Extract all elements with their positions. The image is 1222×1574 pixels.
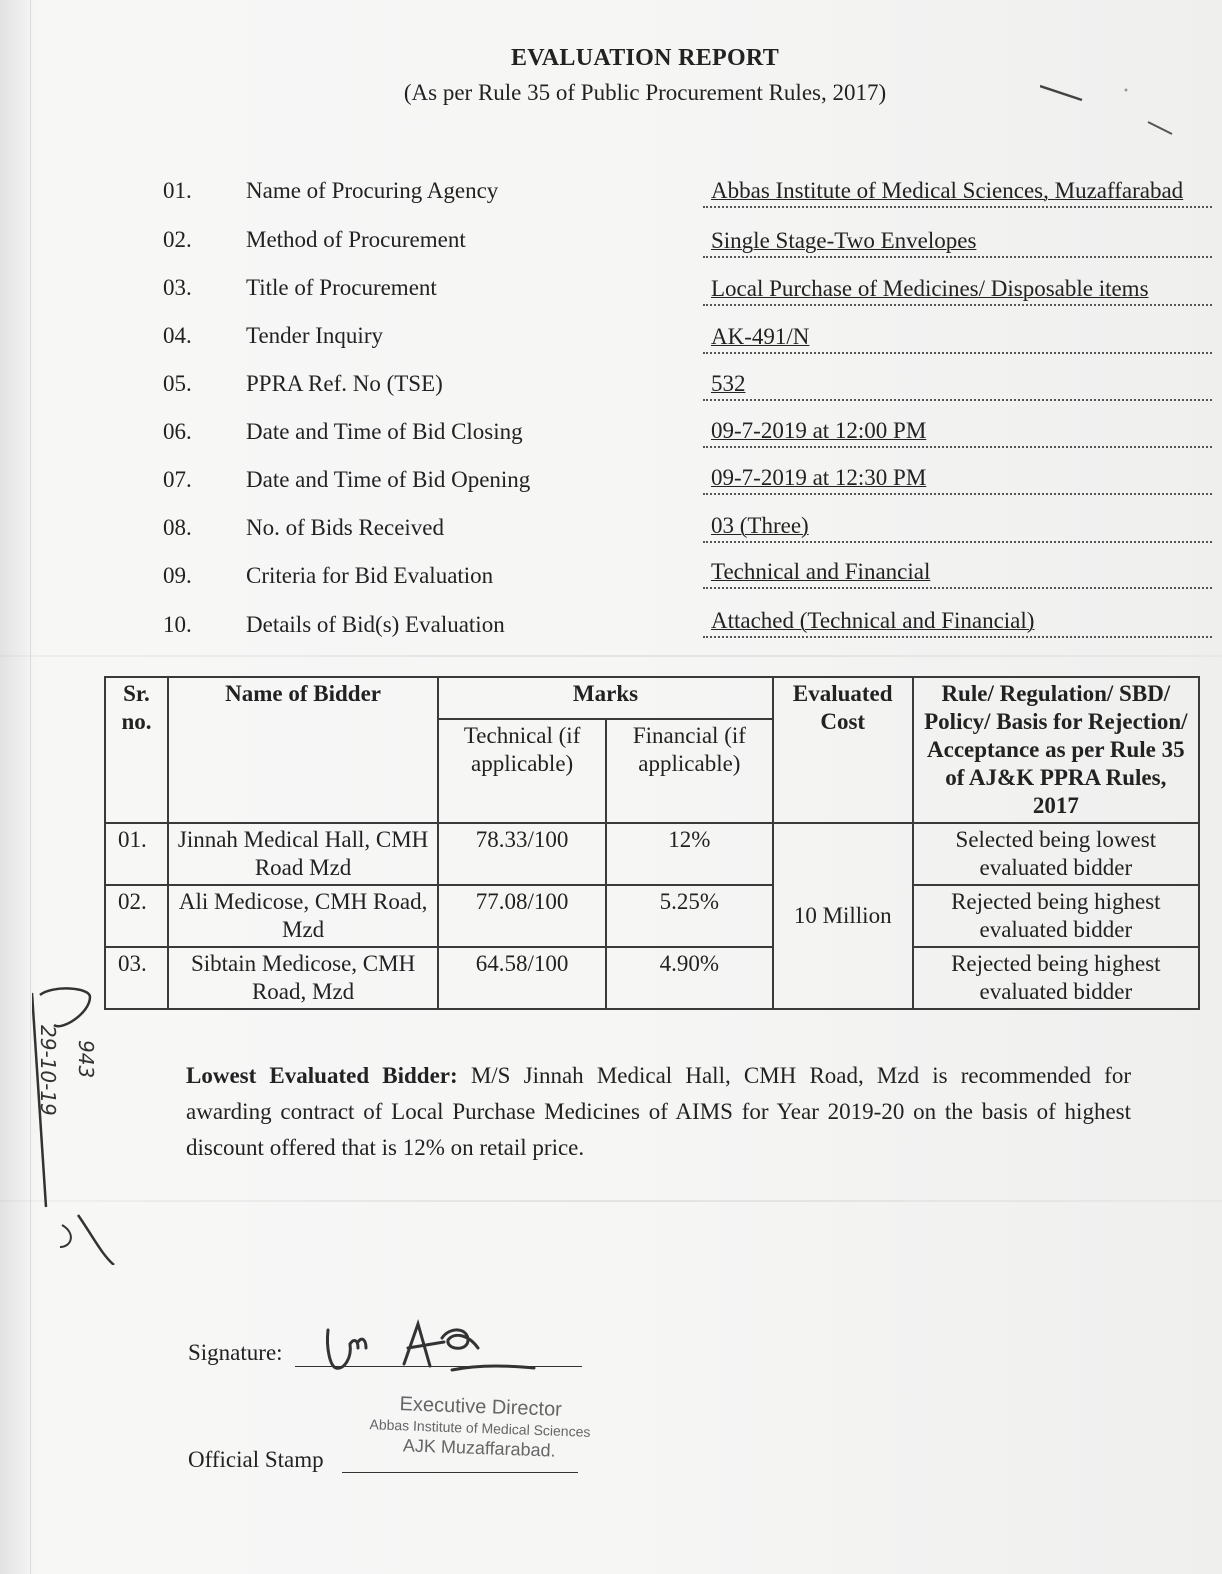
info-row-bid-closing: 06. Date and Time of Bid Closing 09-7-20…	[0, 419, 1222, 459]
stamp-label: Official Stamp	[188, 1447, 324, 1473]
margin-note-number: 943	[74, 1040, 98, 1078]
cell-sr: 02.	[105, 885, 168, 947]
info-number: 02.	[163, 227, 192, 253]
document: EVALUATION REPORT (As per Rule 35 of Pub…	[0, 0, 1222, 1574]
info-row-details: 10. Details of Bid(s) Evaluation Attache…	[0, 612, 1222, 652]
info-number: 09.	[163, 563, 192, 589]
header-evaluated-cost: Evaluated Cost	[773, 677, 913, 823]
table-row: 01. Jinnah Medical Hall, CMH Road Mzd 78…	[105, 823, 1199, 885]
cell-basis: Rejected being highest evaluated bidder	[913, 885, 1199, 947]
table-row: 03. Sibtain Medicose, CMH Road, Mzd 64.5…	[105, 947, 1199, 1009]
info-label: Criteria for Bid Evaluation	[246, 563, 493, 589]
info-label: Name of Procuring Agency	[246, 178, 498, 204]
official-stamp: Executive Director Abbas Institute of Me…	[354, 1392, 606, 1464]
cell-basis: Rejected being highest evaluated bidder	[913, 947, 1199, 1009]
bid-evaluation-table: Sr. no. Name of Bidder Marks Evaluated C…	[104, 676, 1200, 1010]
header-basis: Rule/ Regulation/ SBD/ Policy/ Basis for…	[913, 677, 1199, 823]
info-row-bid-opening: 07. Date and Time of Bid Opening 09-7-20…	[0, 467, 1222, 507]
info-value: 03 (Three)	[703, 511, 1212, 543]
recommendation-label: Lowest Evaluated Bidder:	[186, 1063, 458, 1088]
margin-note-date: 29-10-19	[36, 1025, 60, 1116]
signature-label: Signature:	[188, 1340, 283, 1366]
cell-technical: 64.58/100	[438, 947, 606, 1009]
info-label: Method of Procurement	[246, 227, 466, 253]
info-row-procuring-agency: 01. Name of Procuring Agency Abbas Insti…	[0, 178, 1222, 218]
info-value: 09-7-2019 at 12:30 PM	[703, 463, 1212, 495]
cell-financial: 5.25%	[606, 885, 773, 947]
info-number: 06.	[163, 419, 192, 445]
info-value: 532	[703, 369, 1212, 401]
cell-sr: 01.	[105, 823, 168, 885]
header-financial: Financial (if applicable)	[606, 719, 773, 823]
info-number: 05.	[163, 371, 192, 397]
recommendation-paragraph: Lowest Evaluated Bidder: M/S Jinnah Medi…	[186, 1058, 1131, 1166]
table-row: 02. Ali Medicose, CMH Road, Mzd 77.08/10…	[105, 885, 1199, 947]
cell-bidder-name: Jinnah Medical Hall, CMH Road Mzd	[168, 823, 438, 885]
info-label: No. of Bids Received	[246, 515, 444, 541]
header-technical: Technical (if applicable)	[438, 719, 606, 823]
info-row-ppra-ref: 05. PPRA Ref. No (TSE) 532	[0, 371, 1222, 411]
cell-technical: 78.33/100	[438, 823, 606, 885]
handwritten-signature-icon	[322, 1318, 542, 1378]
info-number: 07.	[163, 467, 192, 493]
info-value: Technical and Financial	[703, 557, 1212, 589]
info-value: Single Stage-Two Envelopes	[703, 226, 1212, 258]
report-title: EVALUATION REPORT	[0, 45, 1222, 72]
cell-basis: Selected being lowest evaluated bidder	[913, 823, 1199, 885]
cell-financial: 12%	[606, 823, 773, 885]
info-value: Attached (Technical and Financial)	[703, 606, 1212, 638]
info-value: AK-491/N	[703, 322, 1212, 354]
info-value: Abbas Institute of Medical Sciences, Muz…	[703, 176, 1212, 208]
info-number: 01.	[163, 178, 192, 204]
info-row-title: 03. Title of Procurement Local Purchase …	[0, 275, 1222, 315]
info-row-method: 02. Method of Procurement Single Stage-T…	[0, 227, 1222, 267]
info-number: 04.	[163, 323, 192, 349]
stamp-line	[342, 1472, 578, 1473]
cell-bidder-name: Sibtain Medicose, CMH Road, Mzd	[168, 947, 438, 1009]
table-header-row: Sr. no. Name of Bidder Marks Evaluated C…	[105, 677, 1199, 719]
info-value: Local Purchase of Medicines/ Disposable …	[703, 274, 1212, 306]
info-label: Tender Inquiry	[246, 323, 383, 349]
info-label: Title of Procurement	[246, 275, 437, 301]
info-row-tender-inquiry: 04. Tender Inquiry AK-491/N	[0, 323, 1222, 363]
cell-financial: 4.90%	[606, 947, 773, 1009]
cell-bidder-name: Ali Medicose, CMH Road, Mzd	[168, 885, 438, 947]
info-row-bids-received: 08. No. of Bids Received 03 (Three)	[0, 515, 1222, 555]
header-sr-no: Sr. no.	[105, 677, 168, 823]
info-label: Date and Time of Bid Closing	[246, 419, 523, 445]
info-label: Details of Bid(s) Evaluation	[246, 612, 505, 638]
info-number: 03.	[163, 275, 192, 301]
info-number: 08.	[163, 515, 192, 541]
info-label: Date and Time of Bid Opening	[246, 467, 530, 493]
info-row-criteria: 09. Criteria for Bid Evaluation Technica…	[0, 563, 1222, 603]
report-subtitle: (As per Rule 35 of Public Procurement Ru…	[0, 80, 1222, 106]
info-value: 09-7-2019 at 12:00 PM	[703, 416, 1212, 448]
info-label: PPRA Ref. No (TSE)	[246, 371, 443, 397]
cell-evaluated-cost: 10 Million	[773, 823, 913, 1009]
header-marks: Marks	[438, 677, 773, 719]
header-bidder-name: Name of Bidder	[168, 677, 438, 823]
info-number: 10.	[163, 612, 192, 638]
cell-technical: 77.08/100	[438, 885, 606, 947]
